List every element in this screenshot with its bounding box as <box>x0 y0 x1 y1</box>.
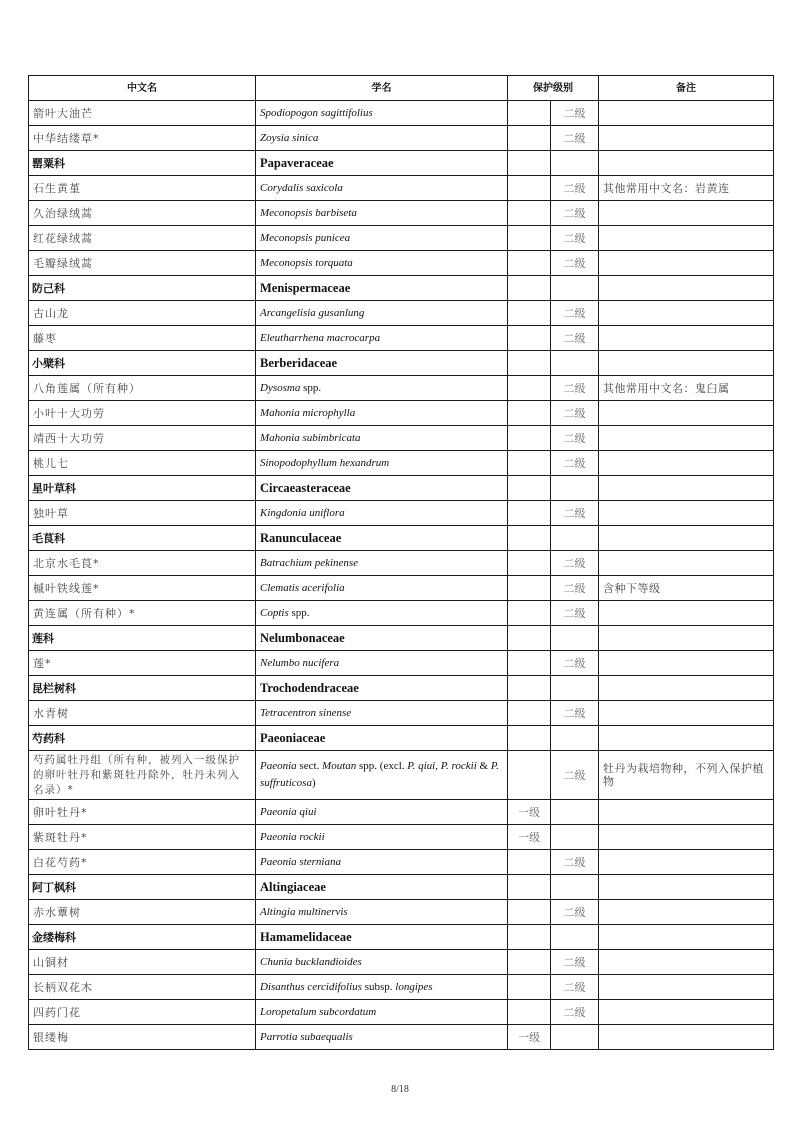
level-one-cell <box>508 551 551 576</box>
level-two-cell: 二级 <box>551 426 599 451</box>
family-chinese-name: 芍药科 <box>29 726 256 751</box>
notes-cell <box>599 276 774 301</box>
species-chinese-name: 长柄双花木 <box>29 975 256 1000</box>
scientific-name-segment: Tetracentron sinense <box>260 707 351 719</box>
species-scientific-name: Meconopsis barbiseta <box>256 201 508 226</box>
notes-cell <box>599 701 774 726</box>
scientific-name-segment: Kingdonia uniflora <box>260 507 345 519</box>
species-row: 毛瓣绿绒蒿Meconopsis torquata二级 <box>29 251 774 276</box>
family-scientific-name: Ranunculaceae <box>256 526 508 551</box>
scientific-name-segment: Nelumbo nucifera <box>260 657 339 669</box>
notes-cell <box>599 850 774 875</box>
scientific-name-segment: spp. (excl. <box>356 760 407 772</box>
level-one-cell <box>508 576 551 601</box>
level-two-cell: 二级 <box>551 126 599 151</box>
notes-cell <box>599 351 774 376</box>
family-scientific-name: Papaveraceae <box>256 151 508 176</box>
species-row: 小叶十大功劳Mahonia microphylla二级 <box>29 401 774 426</box>
scientific-name-segment: Altingiaceae <box>260 880 326 894</box>
level-one-cell <box>508 626 551 651</box>
notes-cell <box>599 551 774 576</box>
level-two-cell <box>551 351 599 376</box>
level-two-cell: 二级 <box>551 501 599 526</box>
level-two-cell: 二级 <box>551 751 599 800</box>
species-scientific-name: Zoysia sinica <box>256 126 508 151</box>
level-one-cell <box>508 351 551 376</box>
level-two-cell <box>551 1025 599 1050</box>
species-chinese-name: 藤枣 <box>29 326 256 351</box>
family-chinese-name: 罂粟科 <box>29 151 256 176</box>
species-chinese-name: 山铜材 <box>29 950 256 975</box>
level-two-cell <box>551 800 599 825</box>
level-one-cell <box>508 151 551 176</box>
species-scientific-name: Tetracentron sinense <box>256 701 508 726</box>
level-two-cell: 二级 <box>551 251 599 276</box>
species-scientific-name: Parrotia subaequalis <box>256 1025 508 1050</box>
scientific-name-segment: Loropetalum subcordatum <box>260 1006 376 1018</box>
family-scientific-name: Paeoniaceae <box>256 726 508 751</box>
level-one-cell: 一级 <box>508 800 551 825</box>
level-one-cell <box>508 701 551 726</box>
level-two-cell: 二级 <box>551 301 599 326</box>
family-scientific-name: Hamamelidaceae <box>256 925 508 950</box>
level-one-cell: 一级 <box>508 1025 551 1050</box>
family-scientific-name: Trochodendraceae <box>256 676 508 701</box>
species-chinese-name: 北京水毛茛* <box>29 551 256 576</box>
notes-cell <box>599 476 774 501</box>
species-row: 藤枣Eleutharrhena macrocarpa二级 <box>29 326 774 351</box>
table-header-row: 中文名 学名 保护级别 备注 <box>29 76 774 101</box>
level-two-cell <box>551 276 599 301</box>
species-row: 箭叶大油芒Spodiopogon sagittifolius二级 <box>29 101 774 126</box>
scientific-name-segment: Papaveraceae <box>260 156 334 170</box>
species-scientific-name: Corydalis saxicola <box>256 176 508 201</box>
notes-cell: 含种下等级 <box>599 576 774 601</box>
scientific-name-segment: Dysosma <box>260 382 300 394</box>
species-row: 山铜材Chunia bucklandioides二级 <box>29 950 774 975</box>
level-one-cell <box>508 276 551 301</box>
species-chinese-name: 水青树 <box>29 701 256 726</box>
scientific-name-segment: Paeonia sterniana <box>260 856 341 868</box>
protected-plants-table: 中文名 学名 保护级别 备注 箭叶大油芒Spodiopogon sagittif… <box>28 75 774 1050</box>
species-scientific-name: Eleutharrhena macrocarpa <box>256 326 508 351</box>
notes-cell <box>599 925 774 950</box>
species-row: 槭叶铁线莲*Clematis acerifolia二级含种下等级 <box>29 576 774 601</box>
level-one-cell <box>508 676 551 701</box>
notes-cell <box>599 651 774 676</box>
scientific-name-segment: spp. <box>289 607 310 619</box>
header-protection-level: 保护级别 <box>508 76 599 101</box>
level-two-cell <box>551 476 599 501</box>
family-chinese-name: 小檗科 <box>29 351 256 376</box>
family-row: 星叶草科Circaeasteraceae <box>29 476 774 501</box>
species-row: 北京水毛茛*Batrachium pekinense二级 <box>29 551 774 576</box>
species-row: 中华结缕草*Zoysia sinica二级 <box>29 126 774 151</box>
level-two-cell: 二级 <box>551 701 599 726</box>
species-row: 紫斑牡丹*Paeonia rockii一级 <box>29 825 774 850</box>
level-two-cell: 二级 <box>551 176 599 201</box>
family-scientific-name: Altingiaceae <box>256 875 508 900</box>
scientific-name-segment: Arcangelisia gusanlung <box>260 307 364 319</box>
level-two-cell: 二级 <box>551 401 599 426</box>
scientific-name-segment: Circaeasteraceae <box>260 481 351 495</box>
level-one-cell <box>508 526 551 551</box>
species-scientific-name: Spodiopogon sagittifolius <box>256 101 508 126</box>
family-chinese-name: 毛茛科 <box>29 526 256 551</box>
species-chinese-name: 靖西十大功劳 <box>29 426 256 451</box>
level-one-cell <box>508 326 551 351</box>
scientific-name-segment: Clematis acerifolia <box>260 582 345 594</box>
notes-cell <box>599 601 774 626</box>
level-two-cell <box>551 875 599 900</box>
species-row: 莲*Nelumbo nucifera二级 <box>29 651 774 676</box>
level-two-cell: 二级 <box>551 950 599 975</box>
level-one-cell <box>508 226 551 251</box>
level-one-cell <box>508 751 551 800</box>
level-one-cell <box>508 301 551 326</box>
level-two-cell <box>551 151 599 176</box>
species-row: 石生黄堇Corydalis saxicola二级其他常用中文名：岩黄连 <box>29 176 774 201</box>
level-one-cell <box>508 651 551 676</box>
level-two-cell: 二级 <box>551 900 599 925</box>
level-one-cell <box>508 726 551 751</box>
level-two-cell: 二级 <box>551 551 599 576</box>
notes-cell <box>599 526 774 551</box>
notes-cell <box>599 451 774 476</box>
species-row: 古山龙Arcangelisia gusanlung二级 <box>29 301 774 326</box>
scientific-name-segment: Meconopsis barbiseta <box>260 207 357 219</box>
level-two-cell: 二级 <box>551 376 599 401</box>
notes-cell <box>599 950 774 975</box>
species-chinese-name: 莲* <box>29 651 256 676</box>
scientific-name-segment: & <box>477 760 491 772</box>
level-two-cell <box>551 925 599 950</box>
level-two-cell: 二级 <box>551 651 599 676</box>
scientific-name-segment: Ranunculaceae <box>260 531 341 545</box>
scientific-name-segment: Zoysia sinica <box>260 132 318 144</box>
level-two-cell: 二级 <box>551 601 599 626</box>
level-one-cell <box>508 126 551 151</box>
species-chinese-name: 卵叶牡丹* <box>29 800 256 825</box>
table-body: 箭叶大油芒Spodiopogon sagittifolius二级中华结缕草*Zo… <box>29 101 774 1050</box>
scientific-name-segment: Mahonia subimbricata <box>260 432 361 444</box>
scientific-name-segment: Chunia bucklandioides <box>260 956 362 968</box>
species-chinese-name: 小叶十大功劳 <box>29 401 256 426</box>
scientific-name-segment: Berberidaceae <box>260 356 337 370</box>
scientific-name-segment: Paeonia <box>260 760 297 772</box>
notes-cell <box>599 426 774 451</box>
species-scientific-name: Paeonia qiui <box>256 800 508 825</box>
scientific-name-segment: P. qiui, P. rockii <box>407 760 476 772</box>
species-chinese-name: 石生黄堇 <box>29 176 256 201</box>
notes-cell <box>599 126 774 151</box>
family-row: 小檗科Berberidaceae <box>29 351 774 376</box>
family-chinese-name: 金缕梅科 <box>29 925 256 950</box>
notes-cell <box>599 975 774 1000</box>
level-one-cell <box>508 501 551 526</box>
species-row: 水青树Tetracentron sinense二级 <box>29 701 774 726</box>
level-two-cell <box>551 825 599 850</box>
level-two-cell: 二级 <box>551 101 599 126</box>
species-scientific-name: Batrachium pekinense <box>256 551 508 576</box>
level-one-cell <box>508 925 551 950</box>
scientific-name-segment: spp. <box>300 382 321 394</box>
level-one-cell <box>508 101 551 126</box>
notes-cell <box>599 676 774 701</box>
scientific-name-segment: Eleutharrhena macrocarpa <box>260 332 380 344</box>
species-chinese-name: 桃儿七 <box>29 451 256 476</box>
level-two-cell <box>551 676 599 701</box>
notes-cell <box>599 825 774 850</box>
level-one-cell <box>508 401 551 426</box>
scientific-name-segment: Coptis <box>260 607 289 619</box>
level-one-cell <box>508 601 551 626</box>
species-row: 靖西十大功劳Mahonia subimbricata二级 <box>29 426 774 451</box>
scientific-name-segment: Paeoniaceae <box>260 731 325 745</box>
scientific-name-segment: subsp. <box>362 981 395 993</box>
species-chinese-name: 独叶草 <box>29 501 256 526</box>
species-row: 独叶草Kingdonia uniflora二级 <box>29 501 774 526</box>
notes-cell <box>599 900 774 925</box>
scientific-name-segment: Parrotia subaequalis <box>260 1031 353 1043</box>
notes-cell <box>599 251 774 276</box>
family-chinese-name: 昆栏树科 <box>29 676 256 701</box>
family-row: 罂粟科Papaveraceae <box>29 151 774 176</box>
species-row: 红花绿绒蒿Meconopsis punicea二级 <box>29 226 774 251</box>
level-one-cell <box>508 376 551 401</box>
species-row: 芍药属牡丹组（所有种，被列入一级保护的卵叶牡丹和紫斑牡丹除外，牡丹未列入名录）*… <box>29 751 774 800</box>
level-one-cell: 一级 <box>508 825 551 850</box>
species-scientific-name: Nelumbo nucifera <box>256 651 508 676</box>
level-two-cell: 二级 <box>551 975 599 1000</box>
species-scientific-name: Loropetalum subcordatum <box>256 1000 508 1025</box>
level-two-cell <box>551 726 599 751</box>
scientific-name-segment: Batrachium pekinense <box>260 557 358 569</box>
scientific-name-segment: Paeonia rockii <box>260 831 325 843</box>
level-one-cell <box>508 975 551 1000</box>
species-scientific-name: Chunia bucklandioides <box>256 950 508 975</box>
species-chinese-name: 黄连属（所有种）* <box>29 601 256 626</box>
species-scientific-name: Clematis acerifolia <box>256 576 508 601</box>
species-row: 银缕梅Parrotia subaequalis一级 <box>29 1025 774 1050</box>
family-row: 毛茛科Ranunculaceae <box>29 526 774 551</box>
level-two-cell <box>551 526 599 551</box>
level-one-cell <box>508 900 551 925</box>
species-chinese-name: 赤水蕈树 <box>29 900 256 925</box>
species-scientific-name: Arcangelisia gusanlung <box>256 301 508 326</box>
species-chinese-name: 久治绿绒蒿 <box>29 201 256 226</box>
scientific-name-segment: Trochodendraceae <box>260 681 359 695</box>
level-one-cell <box>508 476 551 501</box>
level-one-cell <box>508 1000 551 1025</box>
level-two-cell: 二级 <box>551 451 599 476</box>
level-two-cell <box>551 626 599 651</box>
notes-cell <box>599 301 774 326</box>
notes-cell: 其他常用中文名：鬼臼属 <box>599 376 774 401</box>
species-scientific-name: Meconopsis torquata <box>256 251 508 276</box>
scientific-name-segment: Corydalis saxicola <box>260 182 343 194</box>
notes-cell <box>599 1025 774 1050</box>
family-scientific-name: Menispermaceae <box>256 276 508 301</box>
species-scientific-name: Meconopsis punicea <box>256 226 508 251</box>
species-chinese-name: 芍药属牡丹组（所有种，被列入一级保护的卵叶牡丹和紫斑牡丹除外，牡丹未列入名录）* <box>29 751 256 800</box>
species-row: 久治绿绒蒿Meconopsis barbiseta二级 <box>29 201 774 226</box>
scientific-name-segment: Spodiopogon sagittifolius <box>260 107 373 119</box>
notes-cell <box>599 151 774 176</box>
species-scientific-name: Altingia multinervis <box>256 900 508 925</box>
species-scientific-name: Mahonia subimbricata <box>256 426 508 451</box>
species-row: 四药门花Loropetalum subcordatum二级 <box>29 1000 774 1025</box>
header-notes: 备注 <box>599 76 774 101</box>
species-scientific-name: Disanthus cercidifolius subsp. longipes <box>256 975 508 1000</box>
species-chinese-name: 中华结缕草* <box>29 126 256 151</box>
species-chinese-name: 箭叶大油芒 <box>29 101 256 126</box>
scientific-name-segment: Meconopsis torquata <box>260 257 353 269</box>
species-chinese-name: 槭叶铁线莲* <box>29 576 256 601</box>
family-row: 金缕梅科Hamamelidaceae <box>29 925 774 950</box>
species-chinese-name: 毛瓣绿绒蒿 <box>29 251 256 276</box>
notes-cell <box>599 626 774 651</box>
species-scientific-name: Mahonia microphylla <box>256 401 508 426</box>
species-scientific-name: Paeonia rockii <box>256 825 508 850</box>
document-page: 中文名 学名 保护级别 备注 箭叶大油芒Spodiopogon sagittif… <box>0 0 800 1131</box>
species-row: 白花芍药*Paeonia sterniana二级 <box>29 850 774 875</box>
family-scientific-name: Nelumbonaceae <box>256 626 508 651</box>
family-scientific-name: Berberidaceae <box>256 351 508 376</box>
level-one-cell <box>508 850 551 875</box>
scientific-name-segment: Paeonia qiui <box>260 806 317 818</box>
level-two-cell: 二级 <box>551 326 599 351</box>
level-two-cell: 二级 <box>551 1000 599 1025</box>
notes-cell <box>599 326 774 351</box>
scientific-name-segment: Disanthus cercidifolius <box>260 981 362 993</box>
species-scientific-name: Dysosma spp. <box>256 376 508 401</box>
species-row: 桃儿七Sinopodophyllum hexandrum二级 <box>29 451 774 476</box>
species-scientific-name: Kingdonia uniflora <box>256 501 508 526</box>
scientific-name-segment: Altingia multinervis <box>260 906 348 918</box>
header-chinese-name: 中文名 <box>29 76 256 101</box>
level-one-cell <box>508 950 551 975</box>
scientific-name-segment: Menispermaceae <box>260 281 350 295</box>
scientific-name-segment: sect. <box>297 760 322 772</box>
family-chinese-name: 莲科 <box>29 626 256 651</box>
header-scientific-name: 学名 <box>256 76 508 101</box>
notes-cell: 其他常用中文名：岩黄连 <box>599 176 774 201</box>
page-number: 8/18 <box>0 1084 800 1095</box>
species-chinese-name: 四药门花 <box>29 1000 256 1025</box>
species-scientific-name: Sinopodophyllum hexandrum <box>256 451 508 476</box>
notes-cell <box>599 401 774 426</box>
species-chinese-name: 银缕梅 <box>29 1025 256 1050</box>
scientific-name-segment: Nelumbonaceae <box>260 631 345 645</box>
family-chinese-name: 防己科 <box>29 276 256 301</box>
notes-cell <box>599 800 774 825</box>
scientific-name-segment: Moutan <box>322 760 356 772</box>
level-one-cell <box>508 251 551 276</box>
level-two-cell: 二级 <box>551 226 599 251</box>
notes-cell: 牡丹为栽培物种，不列入保护植物 <box>599 751 774 800</box>
species-chinese-name: 古山龙 <box>29 301 256 326</box>
species-row: 长柄双花木Disanthus cercidifolius subsp. long… <box>29 975 774 1000</box>
family-chinese-name: 阿丁枫科 <box>29 875 256 900</box>
family-row: 防己科Menispermaceae <box>29 276 774 301</box>
notes-cell <box>599 101 774 126</box>
family-row: 芍药科Paeoniaceae <box>29 726 774 751</box>
notes-cell <box>599 201 774 226</box>
notes-cell <box>599 226 774 251</box>
species-chinese-name: 八角莲属（所有种） <box>29 376 256 401</box>
level-one-cell <box>508 875 551 900</box>
scientific-name-segment: longipes <box>395 981 432 993</box>
notes-cell <box>599 726 774 751</box>
species-row: 卵叶牡丹*Paeonia qiui一级 <box>29 800 774 825</box>
notes-cell <box>599 875 774 900</box>
family-chinese-name: 星叶草科 <box>29 476 256 501</box>
family-row: 阿丁枫科Altingiaceae <box>29 875 774 900</box>
species-row: 赤水蕈树Altingia multinervis二级 <box>29 900 774 925</box>
species-scientific-name: Coptis spp. <box>256 601 508 626</box>
scientific-name-segment: Mahonia microphylla <box>260 407 355 419</box>
level-one-cell <box>508 201 551 226</box>
family-row: 昆栏树科Trochodendraceae <box>29 676 774 701</box>
family-row: 莲科Nelumbonaceae <box>29 626 774 651</box>
scientific-name-segment: ) <box>312 777 316 789</box>
notes-cell <box>599 1000 774 1025</box>
level-two-cell: 二级 <box>551 850 599 875</box>
scientific-name-segment: Sinopodophyllum hexandrum <box>260 457 389 469</box>
species-scientific-name: Paeonia sect. Moutan spp. (excl. P. qiui… <box>256 751 508 800</box>
level-one-cell <box>508 176 551 201</box>
scientific-name-segment: Hamamelidaceae <box>260 930 352 944</box>
level-one-cell <box>508 451 551 476</box>
species-chinese-name: 紫斑牡丹* <box>29 825 256 850</box>
species-row: 黄连属（所有种）*Coptis spp.二级 <box>29 601 774 626</box>
notes-cell <box>599 501 774 526</box>
species-row: 八角莲属（所有种）Dysosma spp.二级其他常用中文名：鬼臼属 <box>29 376 774 401</box>
level-two-cell: 二级 <box>551 201 599 226</box>
scientific-name-segment: Meconopsis punicea <box>260 232 350 244</box>
level-one-cell <box>508 426 551 451</box>
family-scientific-name: Circaeasteraceae <box>256 476 508 501</box>
level-two-cell: 二级 <box>551 576 599 601</box>
species-chinese-name: 红花绿绒蒿 <box>29 226 256 251</box>
species-scientific-name: Paeonia sterniana <box>256 850 508 875</box>
species-chinese-name: 白花芍药* <box>29 850 256 875</box>
